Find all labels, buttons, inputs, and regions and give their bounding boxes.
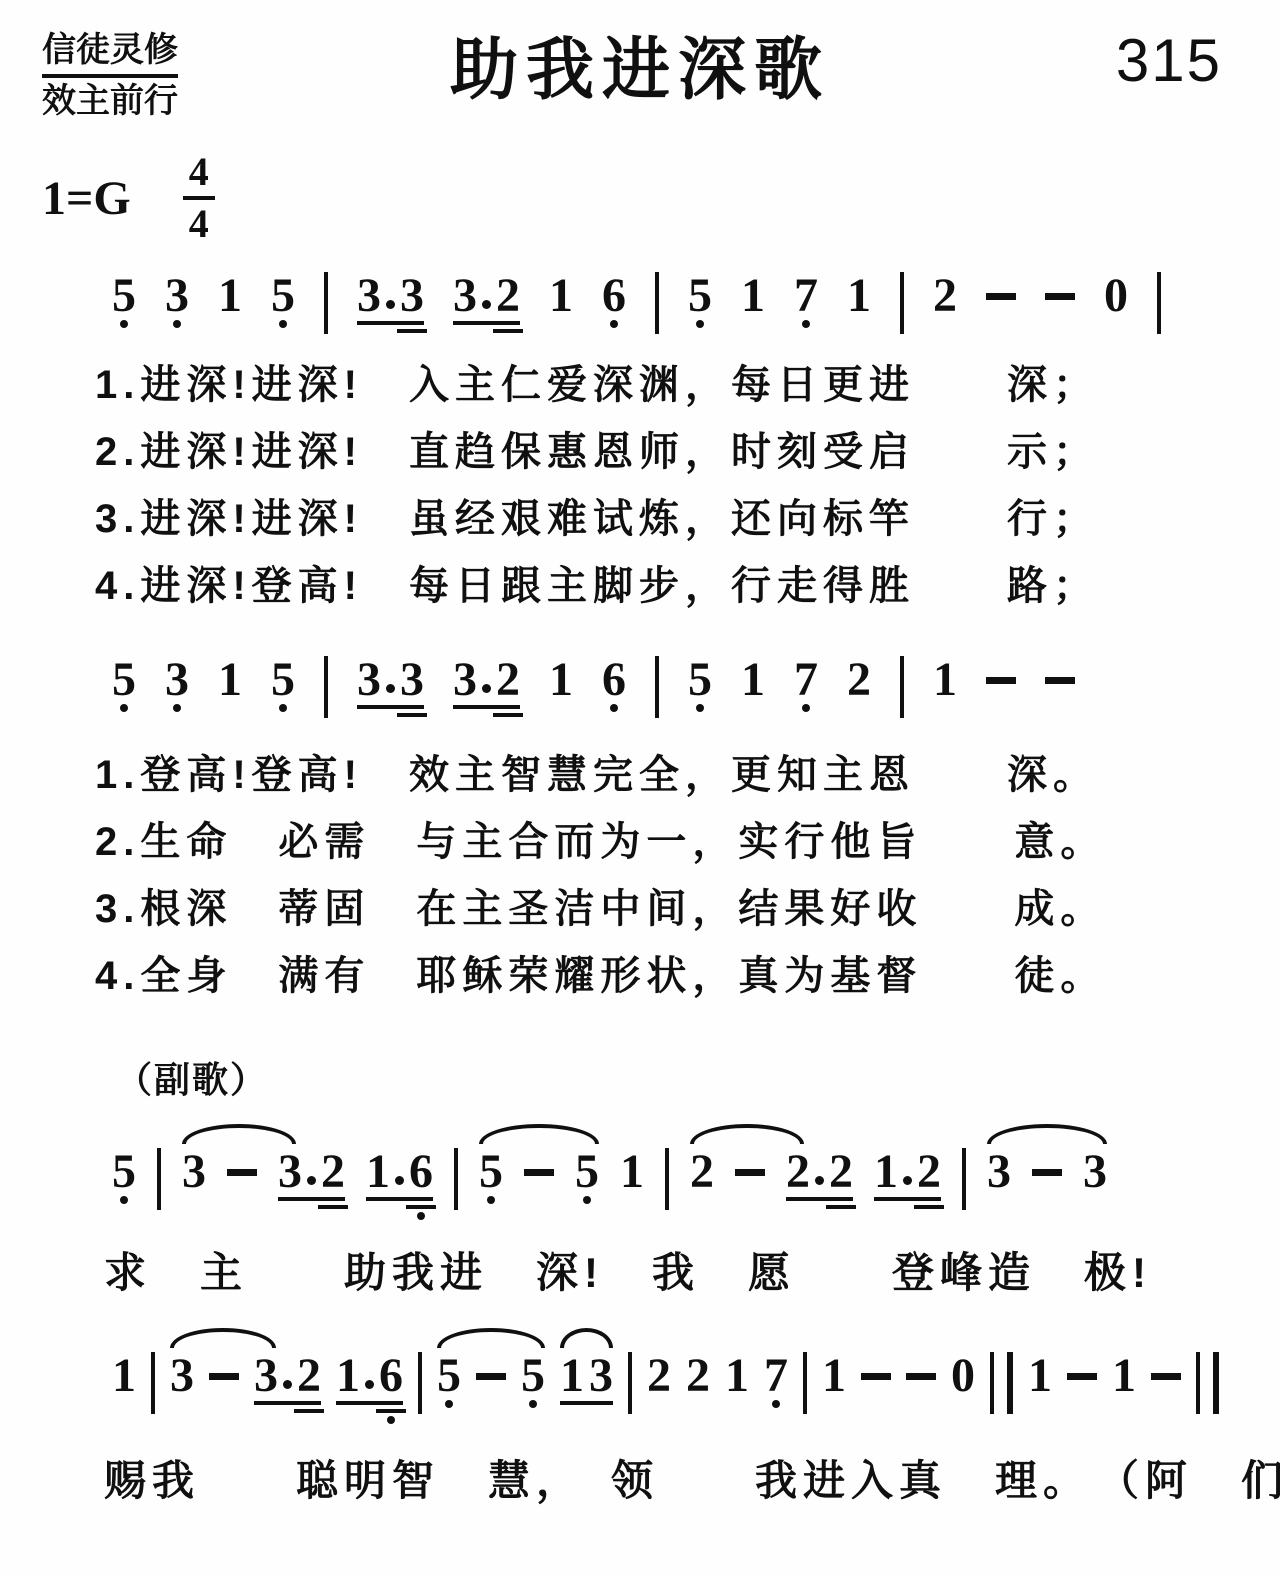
note-glyphs <box>227 1152 257 1176</box>
note-cell: 3 <box>170 1356 194 1396</box>
note-glyphs: 5 <box>688 660 712 700</box>
note-digit: 3 <box>589 1356 613 1396</box>
note-cell: 3 <box>1083 1152 1107 1192</box>
note-digit: 3 <box>278 1152 302 1192</box>
note-digit: 1 <box>1028 1356 1052 1396</box>
duration-dot <box>482 684 491 693</box>
slur-group: 222 <box>690 1152 853 1201</box>
note-cell: 5 <box>575 1152 599 1192</box>
note-cell: 5 <box>112 1152 136 1192</box>
note-cell: 6 <box>602 660 626 700</box>
note-glyphs: 2 <box>686 1356 710 1396</box>
note-cell: 1 <box>218 276 242 316</box>
note-digit: 1 <box>218 276 242 316</box>
note-glyphs: 1 <box>741 276 765 316</box>
note-cell: 2 <box>933 276 957 316</box>
verse-lyrics-second-half: 1.登高!登高! 效主智慧完全，更知主恩 深。 2.生命 必需 与主合而为一，实… <box>95 738 1106 1006</box>
dash-note <box>986 677 1016 684</box>
slur-arc <box>479 1124 599 1144</box>
note-cell: 32 <box>453 660 520 709</box>
note-digit: 2 <box>917 1152 941 1192</box>
note-cell: 1 <box>1112 1356 1136 1396</box>
barline <box>655 272 659 334</box>
note-cell: 1 <box>741 276 765 316</box>
note-digit: 1 <box>933 660 957 700</box>
hymn-sheet-page: 信徒灵修 效主前行 助我进深歌 315 1=G 4 4 531533321651… <box>0 0 1280 1575</box>
slur-arc <box>560 1328 613 1348</box>
note-cell: 7 <box>794 660 818 700</box>
lyric-line-verse2-2: 2.生命 必需 与主合而为一，实行他旨 意。 <box>95 805 1106 872</box>
dash-note <box>1067 1373 1097 1380</box>
note-cell: 16 <box>336 1356 403 1405</box>
note-glyphs: 0 <box>1104 276 1128 316</box>
note-digit: 1 <box>822 1356 846 1396</box>
note-cell: 33 <box>357 276 424 325</box>
note-glyphs <box>861 1356 891 1380</box>
note-glyphs: 1 <box>933 660 957 700</box>
note-digit: 7 <box>794 660 818 700</box>
note-glyphs: 1 <box>218 276 242 316</box>
note-digit: 1 <box>560 1356 584 1396</box>
note-digit: 3 <box>170 1356 194 1396</box>
dash-note <box>476 1373 506 1380</box>
lyric-line-verse1-1: 1.进深!进深! 入主仁爱深渊，每日更进 深； <box>95 348 1099 415</box>
note-cell: 2 <box>686 1356 710 1396</box>
note-digit: 2 <box>933 276 957 316</box>
note-digit: 6 <box>379 1356 403 1396</box>
note-digit: 1 <box>549 660 573 700</box>
note-glyphs: 5 <box>575 1152 599 1192</box>
slur-arc <box>987 1124 1107 1144</box>
note-digit: 2 <box>847 660 871 700</box>
note-glyphs: 33 <box>357 276 424 325</box>
note-cell: 5 <box>479 1152 503 1192</box>
dash-note <box>524 1169 554 1176</box>
duration-dot <box>283 1380 292 1389</box>
note-glyphs: 5 <box>112 1152 136 1192</box>
note-cell: 5 <box>271 660 295 700</box>
time-signature: 4 4 <box>183 152 215 244</box>
double-barline <box>1196 1352 1219 1414</box>
note-cell: 1 <box>1028 1356 1052 1396</box>
note-glyphs: 1 <box>741 660 765 700</box>
note-glyphs <box>986 660 1016 684</box>
verse-lyrics-first-half: 1.进深!进深! 入主仁爱深渊，每日更进 深； 2.进深!进深! 直趋保惠恩师，… <box>95 348 1099 616</box>
note-glyphs: 1 <box>620 1152 644 1192</box>
note-digit: 5 <box>437 1356 461 1396</box>
note-glyphs: 1 <box>847 276 871 316</box>
note-glyphs: 5 <box>479 1152 503 1192</box>
lyric-line-chorus-2: 赐我 聪明智 慧， 领 我进入真 理。 （阿 们） <box>104 1448 1280 1508</box>
note-cell: 1 <box>822 1356 846 1396</box>
note-cell: 32 <box>453 276 520 325</box>
note-cell <box>1045 276 1075 300</box>
note-glyphs <box>1045 660 1075 684</box>
slur-arc <box>170 1328 276 1348</box>
duration-dot <box>903 1176 912 1185</box>
note-glyphs: 7 <box>794 660 818 700</box>
note-cell: 1 <box>741 660 765 700</box>
note-digit: 2 <box>786 1152 810 1192</box>
note-digit: 0 <box>1104 276 1128 316</box>
key-time-signature: 1=G 4 4 <box>42 152 215 244</box>
note-glyphs: 2 <box>847 660 871 700</box>
barline <box>418 1352 422 1414</box>
note-glyphs: 32 <box>453 276 520 325</box>
note-digit: 6 <box>409 1152 433 1192</box>
barline <box>324 272 328 334</box>
note-cell <box>1045 660 1075 684</box>
note-cell: 33 <box>357 660 424 709</box>
note-digit: 3 <box>165 660 189 700</box>
note-digit: 2 <box>321 1152 345 1192</box>
note-digit: 5 <box>112 1152 136 1192</box>
barline <box>454 1148 458 1210</box>
note-glyphs: 3 <box>165 276 189 316</box>
barline <box>151 1352 155 1414</box>
note-cell <box>476 1356 506 1380</box>
note-digit: 3 <box>400 276 424 316</box>
note-glyphs <box>1045 276 1075 300</box>
time-signature-denominator: 4 <box>183 200 215 244</box>
key-signature: 1=G <box>42 171 131 226</box>
note-cell: 5 <box>437 1356 461 1396</box>
note-glyphs: 2 <box>933 276 957 316</box>
note-glyphs: 1 <box>1112 1356 1136 1396</box>
music-line-verse-second-half: 531533321651721 <box>112 660 1075 718</box>
note-glyphs: 13 <box>560 1356 613 1405</box>
note-cell: 1 <box>549 276 573 316</box>
note-digit: 2 <box>647 1356 671 1396</box>
note-cell: 6 <box>602 276 626 316</box>
barline <box>628 1352 632 1414</box>
lyric-line-verse2-4: 4.全身 满有 耶稣荣耀形状，真为基督 徒。 <box>95 939 1106 1006</box>
music-line-verse-first-half: 5315333216517120 <box>112 276 1161 334</box>
dash-note <box>1045 677 1075 684</box>
barline <box>665 1148 669 1210</box>
duration-dot <box>395 1176 404 1185</box>
note-glyphs: 2 <box>690 1152 714 1192</box>
note-cell <box>986 660 1016 684</box>
note-glyphs <box>209 1356 239 1380</box>
note-cell: 1 <box>847 276 871 316</box>
barline <box>900 272 904 334</box>
note-digit: 1 <box>366 1152 390 1192</box>
note-glyphs: 33 <box>357 660 424 709</box>
note-digit: 3 <box>987 1152 1011 1192</box>
note-glyphs: 32 <box>254 1356 321 1405</box>
note-cell: 5 <box>271 276 295 316</box>
note-digit: 6 <box>602 660 626 700</box>
lyric-line-verse1-4: 4.进深!登高! 每日跟主脚步，行走得胜 路； <box>95 549 1099 616</box>
note-cell <box>1032 1152 1062 1176</box>
note-glyphs: 3 <box>987 1152 1011 1192</box>
note-digit: 1 <box>549 276 573 316</box>
note-digit: 1 <box>336 1356 360 1396</box>
note-glyphs: 1 <box>822 1356 846 1396</box>
lyric-line-verse2-3: 3.根深 蒂固 在主圣洁中间，结果好收 成。 <box>95 872 1106 939</box>
note-glyphs: 12 <box>874 1152 941 1201</box>
hymn-title: 助我进深歌 <box>0 16 1280 113</box>
note-cell: 5 <box>688 660 712 700</box>
dash-note <box>986 293 1016 300</box>
lyric-line-verse1-3: 3.进深!进深! 虽经艰难试炼，还向标竿 行； <box>95 482 1099 549</box>
note-cell <box>1067 1356 1097 1380</box>
note-glyphs: 3 <box>165 660 189 700</box>
note-digit: 1 <box>1112 1356 1136 1396</box>
note-glyphs: 32 <box>453 660 520 709</box>
note-glyphs: 5 <box>112 276 136 316</box>
note-digit: 2 <box>496 660 520 700</box>
note-cell <box>906 1356 936 1380</box>
barline <box>803 1352 807 1414</box>
note-cell: 32 <box>254 1356 321 1405</box>
double-barline <box>990 1352 1013 1414</box>
slur-group: 332 <box>170 1356 321 1405</box>
note-digit: 2 <box>686 1356 710 1396</box>
note-digit: 7 <box>764 1356 788 1396</box>
note-glyphs: 5 <box>688 276 712 316</box>
note-digit: 5 <box>688 660 712 700</box>
slur-group: 55 <box>437 1356 545 1396</box>
note-digit: 5 <box>688 276 712 316</box>
note-glyphs: 1 <box>549 660 573 700</box>
note-digit: 7 <box>794 276 818 316</box>
note-cell: 5 <box>112 276 136 316</box>
note-cell <box>986 276 1016 300</box>
note-glyphs: 1 <box>549 276 573 316</box>
note-digit: 1 <box>725 1356 749 1396</box>
note-glyphs <box>986 276 1016 300</box>
note-glyphs: 1 <box>1028 1356 1052 1396</box>
slur-group: 55 <box>479 1152 599 1192</box>
note-glyphs <box>524 1152 554 1176</box>
note-glyphs: 5 <box>271 276 295 316</box>
note-digit: 1 <box>112 1356 136 1396</box>
note-glyphs: 32 <box>278 1152 345 1201</box>
note-glyphs: 16 <box>336 1356 403 1405</box>
note-cell <box>524 1152 554 1176</box>
barline <box>324 656 328 718</box>
note-cell <box>1151 1356 1181 1380</box>
note-glyphs: 22 <box>786 1152 853 1201</box>
note-digit: 3 <box>357 276 381 316</box>
note-cell: 16 <box>366 1152 433 1201</box>
note-digit: 3 <box>357 660 381 700</box>
duration-dot <box>365 1380 374 1389</box>
note-digit: 1 <box>741 276 765 316</box>
note-glyphs <box>1032 1152 1062 1176</box>
note-digit: 3 <box>400 660 424 700</box>
note-glyphs <box>735 1152 765 1176</box>
note-digit: 5 <box>271 660 295 700</box>
note-digit: 1 <box>741 660 765 700</box>
dash-note <box>906 1373 936 1380</box>
barline <box>900 656 904 718</box>
note-glyphs: 16 <box>366 1152 433 1201</box>
note-digit: 3 <box>165 276 189 316</box>
dash-note <box>861 1373 891 1380</box>
note-glyphs: 7 <box>764 1356 788 1396</box>
note-cell: 0 <box>1104 276 1128 316</box>
duration-dot <box>815 1176 824 1185</box>
duration-dot <box>386 684 395 693</box>
note-digit: 1 <box>847 276 871 316</box>
note-glyphs: 1 <box>112 1356 136 1396</box>
barline <box>962 1148 966 1210</box>
note-glyphs: 7 <box>794 276 818 316</box>
duration-dot <box>307 1176 316 1185</box>
dash-note <box>1151 1373 1181 1380</box>
note-cell: 3 <box>165 660 189 700</box>
note-glyphs: 1 <box>725 1356 749 1396</box>
note-cell: 2 <box>647 1356 671 1396</box>
duration-dot <box>386 300 395 309</box>
note-digit: 3 <box>254 1356 278 1396</box>
note-digit: 0 <box>951 1356 975 1396</box>
note-digit: 1 <box>874 1152 898 1192</box>
note-digit: 2 <box>829 1152 853 1192</box>
note-digit: 3 <box>182 1152 206 1192</box>
note-glyphs: 0 <box>951 1356 975 1396</box>
lyric-line-chorus-1: 求 主 助我进 深! 我 愿 登峰造 极! <box>104 1240 1152 1300</box>
dash-note <box>1045 293 1075 300</box>
note-glyphs: 3 <box>1083 1152 1107 1192</box>
note-digit: 5 <box>112 660 136 700</box>
barline <box>157 1148 161 1210</box>
slur-arc <box>690 1124 804 1144</box>
note-cell <box>209 1356 239 1380</box>
note-digit: 1 <box>218 660 242 700</box>
note-cell: 3 <box>165 276 189 316</box>
lyric-line-verse2-1: 1.登高!登高! 效主智慧完全，更知主恩 深。 <box>95 738 1106 805</box>
note-cell: 7 <box>794 276 818 316</box>
note-cell <box>735 1152 765 1176</box>
note-digit: 1 <box>620 1152 644 1192</box>
note-cell: 3 <box>182 1152 206 1192</box>
note-digit: 2 <box>690 1152 714 1192</box>
note-cell: 5 <box>112 660 136 700</box>
note-glyphs <box>476 1356 506 1380</box>
note-digit: 5 <box>271 276 295 316</box>
slur-arc <box>182 1124 296 1144</box>
chorus-label: （副歌） <box>116 1052 268 1103</box>
slur-group: 332 <box>182 1152 345 1201</box>
note-glyphs <box>906 1356 936 1380</box>
note-glyphs: 6 <box>602 276 626 316</box>
slur-arc <box>437 1328 545 1348</box>
note-digit: 5 <box>479 1152 503 1192</box>
note-glyphs: 5 <box>271 660 295 700</box>
music-line-chorus-first: 5332165512221233 <box>112 1152 1107 1210</box>
note-glyphs: 5 <box>112 660 136 700</box>
note-cell: 5 <box>688 276 712 316</box>
note-cell: 7 <box>764 1356 788 1396</box>
barline <box>1157 272 1161 334</box>
dash-note <box>209 1373 239 1380</box>
note-cell: 0 <box>951 1356 975 1396</box>
lyric-line-verse1-2: 2.进深!进深! 直趋保惠恩师，时刻受启 示； <box>95 415 1099 482</box>
note-glyphs: 6 <box>602 660 626 700</box>
note-glyphs: 3 <box>182 1152 206 1192</box>
note-glyphs: 5 <box>521 1356 545 1396</box>
note-digit: 3 <box>453 276 477 316</box>
dash-note <box>1032 1169 1062 1176</box>
note-cell: 1 <box>112 1356 136 1396</box>
note-cell: 1 <box>549 660 573 700</box>
note-cell: 22 <box>786 1152 853 1201</box>
note-digit: 6 <box>602 276 626 316</box>
note-cell: 2 <box>690 1152 714 1192</box>
dash-note <box>227 1169 257 1176</box>
note-cell: 1 <box>218 660 242 700</box>
hymn-number: 315 <box>1116 26 1222 95</box>
note-digit: 2 <box>297 1356 321 1396</box>
note-glyphs <box>1151 1356 1181 1380</box>
note-digit: 3 <box>1083 1152 1107 1192</box>
music-line-chorus-second: 133216551322171011 <box>112 1356 1219 1414</box>
note-digit: 5 <box>521 1356 545 1396</box>
slur-group: 13 <box>560 1356 613 1405</box>
note-glyphs: 3 <box>170 1356 194 1396</box>
note-glyphs: 5 <box>437 1356 461 1396</box>
note-digit: 5 <box>575 1152 599 1192</box>
note-cell: 1 <box>620 1152 644 1192</box>
slur-group: 33 <box>987 1152 1107 1192</box>
note-cell: 32 <box>278 1152 345 1201</box>
note-digit: 3 <box>453 660 477 700</box>
note-cell <box>227 1152 257 1176</box>
duration-dot <box>482 300 491 309</box>
note-glyphs <box>1067 1356 1097 1380</box>
note-cell: 5 <box>521 1356 545 1396</box>
note-cell: 13 <box>560 1356 613 1405</box>
note-cell: 1 <box>725 1356 749 1396</box>
barline <box>655 656 659 718</box>
note-cell: 12 <box>874 1152 941 1201</box>
note-cell <box>861 1356 891 1380</box>
time-signature-numerator: 4 <box>183 152 215 200</box>
note-cell: 3 <box>987 1152 1011 1192</box>
dash-note <box>735 1169 765 1176</box>
note-cell: 2 <box>847 660 871 700</box>
note-glyphs: 2 <box>647 1356 671 1396</box>
note-digit: 2 <box>496 276 520 316</box>
note-digit: 5 <box>112 276 136 316</box>
note-cell: 1 <box>933 660 957 700</box>
note-glyphs: 1 <box>218 660 242 700</box>
